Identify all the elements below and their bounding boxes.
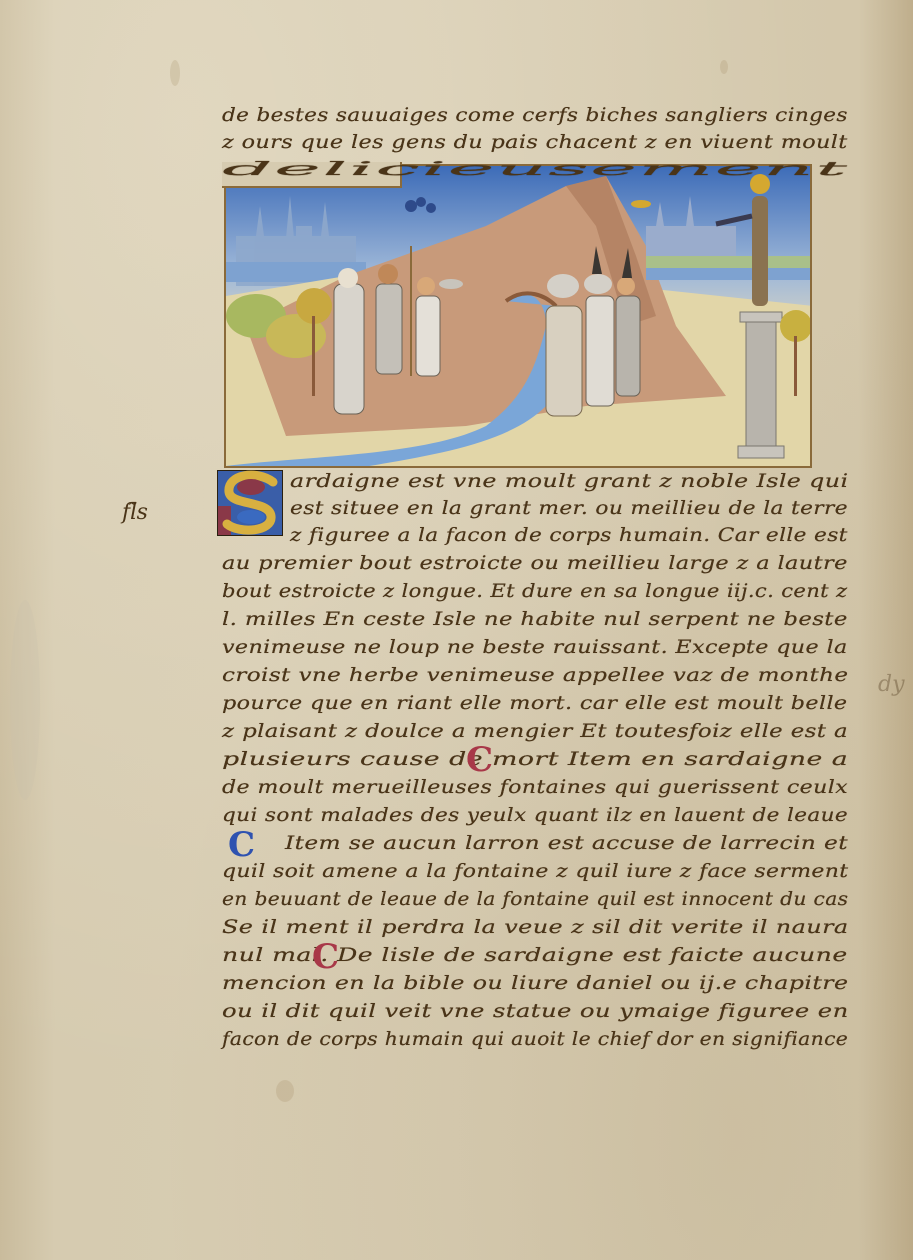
margin-note-right: dy <box>878 672 905 697</box>
text-line: venimeuse ne loup ne beste rauissant. Ex… <box>222 636 848 664</box>
text-line: Item se aucun larron est accuse de larre… <box>285 832 848 860</box>
text-line: plusieurs cause de mort Item en sardaign… <box>222 748 848 776</box>
paragraph-mark-blue: C <box>228 828 255 862</box>
text-line: delicieusement <box>222 158 848 186</box>
text-line: z figuree a la facon de corps humain. Ca… <box>290 524 848 552</box>
parchment-stain <box>10 600 40 800</box>
parchment-stain <box>720 60 728 74</box>
text-line: qui sont malades des yeulx quant ilz en … <box>222 804 848 832</box>
text-line: de bestes sauuaiges come cerfs biches sa… <box>222 104 848 132</box>
initial-s-icon <box>217 470 283 536</box>
paragraph-mark-red: C <box>312 940 339 974</box>
text-line: quil soit amene a la fontaine z quil iur… <box>222 860 848 888</box>
margin-note-left: fl̃s <box>122 500 148 525</box>
text-line: au premier bout estroicte ou meillieu la… <box>222 552 848 580</box>
text-line: ardaigne est vne moult grant z noble Isl… <box>290 470 848 498</box>
text-line: l. milles En ceste Isle ne habite nul se… <box>222 608 848 636</box>
manuscript-page: de bestes sauuaiges come cerfs biches sa… <box>0 0 913 1260</box>
text-line: ou il dit quil veit vne statue ou ymaige… <box>222 1000 849 1028</box>
paragraph-mark-red: C <box>466 743 493 777</box>
text-line: bout estroicte z longue. Et dure en sa l… <box>222 580 847 608</box>
text-line: de moult merueilleuses fontaines qui gue… <box>222 776 848 804</box>
text-line: facon de corps humain qui auoit le chief… <box>222 1028 848 1056</box>
text-line: en beuuant de leaue de la fontaine quil … <box>222 888 848 916</box>
miniature-illustration <box>224 164 812 468</box>
text-line: z plaisant z doulce a mengier Et toutesf… <box>222 720 848 748</box>
parchment-stain <box>276 1080 294 1102</box>
text-line: pource que en riant elle mort. car elle … <box>222 692 848 720</box>
text-line: croist vne herbe venimeuse appellee vaz … <box>222 664 848 692</box>
miniature-scene <box>226 166 812 468</box>
text-line: est situee en la grant mer. ou meillieu … <box>290 497 848 525</box>
text-line: z ours que les gens du pais chacent z en… <box>222 131 848 159</box>
parchment-stain <box>170 60 180 86</box>
illuminated-initial-s <box>217 470 283 536</box>
